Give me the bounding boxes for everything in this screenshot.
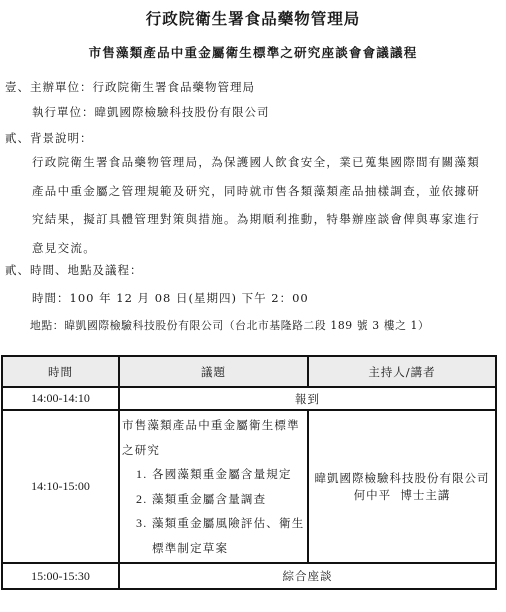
- row-topic: 市售藻類產品中重金屬衛生標準 之研究 1.各國藻類重金屬含量規定 2.藻類重金屬…: [119, 410, 308, 563]
- topic-title-line2: 之研究: [122, 438, 306, 463]
- row-time: 14:10-15:00: [2, 410, 119, 563]
- organizer-value: 行政院衛生署食品藥物管理局: [93, 80, 256, 94]
- topic-item: 3.藻類重金屬風險評估、衛生: [122, 511, 306, 536]
- topic-item: 2.藻類重金屬含量調查: [122, 487, 306, 512]
- agenda-row-presentation: 14:10-15:00 市售藻類產品中重金屬衛生標準 之研究 1.各國藻類重金屬…: [2, 410, 496, 563]
- background-paragraph: 行政院衛生署食品藥物管理局，為保護國人飲食安全，業已蒐集國際間有關藻類產品中重金…: [32, 148, 492, 262]
- executor-label: 執行單位：: [32, 105, 95, 119]
- row-host: 暐凱國際檢驗科技股份有限公司 何中平 博士主講: [308, 410, 496, 563]
- meeting-location: 地點：暐凱國際檢驗科技股份有限公司（台北市基隆路二段 189 號 3 樓之 1）: [30, 318, 429, 333]
- topic-item-text: 藻類重金屬含量調查: [152, 492, 266, 506]
- executor-value: 暐凱國際檢驗科技股份有限公司: [95, 105, 270, 119]
- meeting-time: 時間：100 年 12 月 08 日(星期四) 下午 2：00: [32, 290, 309, 306]
- header-topic: 議題: [119, 356, 308, 387]
- section3-label: 貳、時間、地點及議程：: [5, 262, 143, 278]
- section2-label: 貳、背景說明：: [5, 130, 93, 146]
- topic-item-number: 3.: [136, 511, 152, 536]
- topic-item-continuation: 標準制定草案: [122, 536, 306, 561]
- topic-item-number: 2.: [136, 487, 152, 512]
- topic-item-number: 1.: [136, 462, 152, 487]
- agenda-table: 時間 議題 主持人/講者 14:00-14:10 報到 14:10-15:00 …: [1, 355, 497, 590]
- host-organization: 暐凱國際檢驗科技股份有限公司: [309, 470, 495, 487]
- row-time: 15:00-15:30: [2, 563, 119, 589]
- section1-label: 壹、主辦單位：: [5, 80, 93, 94]
- agenda-row-discussion: 15:00-15:30 綜合座談: [2, 563, 496, 589]
- row-topic: 綜合座談: [119, 563, 496, 589]
- document-subtitle: 市售藻類產品中重金屬衛生標準之研究座談會會議議程: [0, 43, 506, 61]
- host-speaker: 何中平 博士主講: [309, 487, 495, 504]
- row-topic: 報到: [119, 387, 496, 410]
- agenda-row-checkin: 14:00-14:10 報到: [2, 387, 496, 410]
- topic-item: 1.各國藻類重金屬含量規定: [122, 462, 306, 487]
- topic-item-text: 各國藻類重金屬含量規定: [152, 467, 292, 481]
- topic-title-line1: 市售藻類產品中重金屬衛生標準: [122, 413, 306, 438]
- organizer-line: 壹、主辦單位：行政院衛生署食品藥物管理局: [5, 79, 255, 95]
- executor-line: 執行單位：暐凱國際檢驗科技股份有限公司: [32, 104, 270, 120]
- header-host: 主持人/講者: [308, 356, 496, 387]
- row-time: 14:00-14:10: [2, 387, 119, 410]
- document-title: 行政院衛生署食品藥物管理局: [0, 7, 506, 29]
- topic-item-text: 藻類重金屬風險評估、衛生: [152, 516, 304, 530]
- agenda-header-row: 時間 議題 主持人/講者: [2, 356, 496, 387]
- header-time: 時間: [2, 356, 119, 387]
